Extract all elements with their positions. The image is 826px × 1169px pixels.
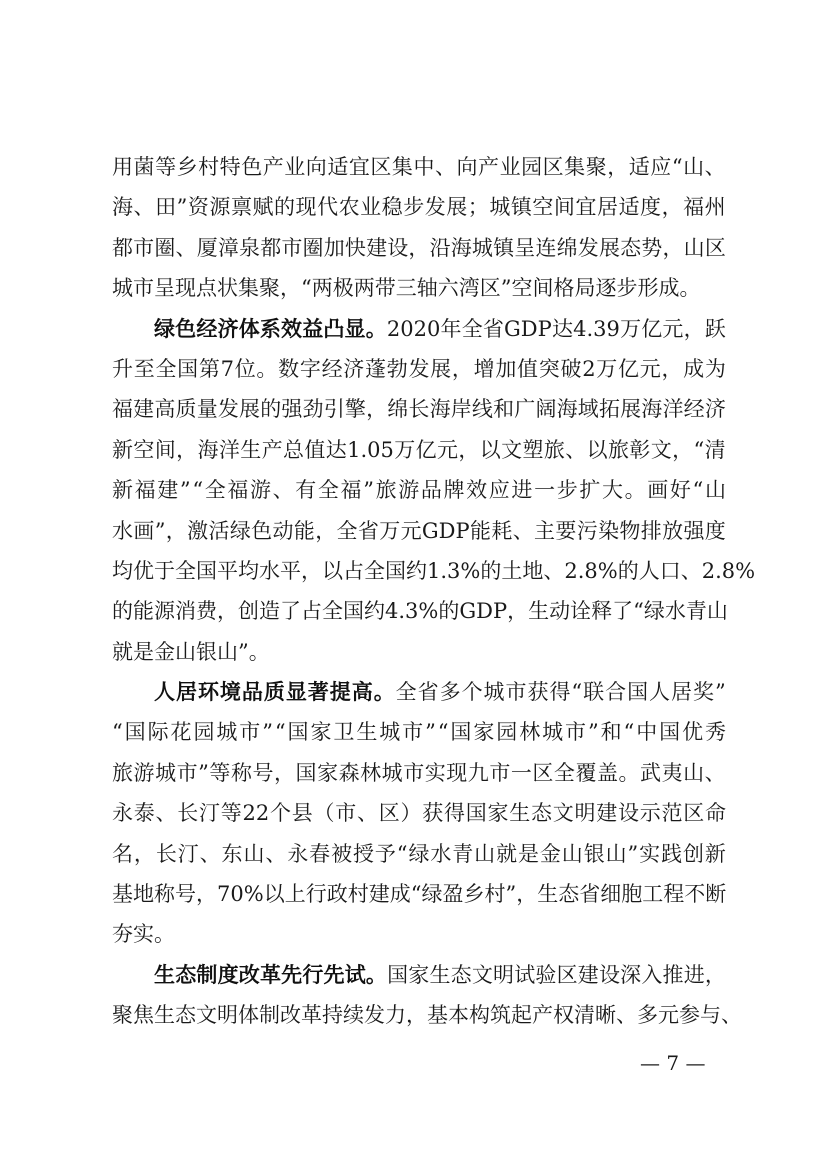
body-text: 用菌等乡村特色产业向适宜区集中、向产业园区集聚，适应“山、 海、田”资源禀赋的现… [112, 147, 726, 1036]
text-line: 新福建”“全福游、有全福”旅游品牌效应进一步扩大。画好“山 [112, 470, 726, 510]
text-line: 海、田”资源禀赋的现代农业稳步发展；城镇空间宜居适度，福州 [112, 187, 726, 227]
document-page: 用菌等乡村特色产业向适宜区集中、向产业园区集聚，适应“山、 海、田”资源禀赋的现… [0, 0, 826, 1169]
text-line: 的能源消费，创造了占全国约4.3%的GDP，生动诠释了“绿水青山 [112, 591, 726, 631]
page-number: — 7 — [640, 1050, 705, 1076]
text-line: 都市圈、厦漳泉都市圈加快建设，沿海城镇呈连绵发展态势，山区 [112, 228, 726, 268]
text-line: 均优于全国平均水平，以占全国约1.3%的土地、2.8%的人口、2.8% [112, 551, 726, 591]
text-line: 夯实。 [112, 914, 726, 954]
text-line: “国际花园城市”“国家卫生城市”“国家园林城市”和“中国优秀 [112, 712, 726, 752]
paragraph-first-line: 人居环境品质显著提高。全省多个城市获得“联合国人居奖” [112, 672, 726, 712]
text-line: 聚焦生态文明体制改革持续发力，基本构筑起产权清晰、多元参与、 [112, 995, 726, 1035]
text-line: 新空间，海洋生产总值达1.05万亿元，以文塑旅、以旅彰文，“清 [112, 430, 726, 470]
text-line: 就是金山银山”。 [112, 632, 726, 672]
text-line: 基地称号，70%以上行政村建成“绿盈乡村”，生态省细胞工程不断 [112, 874, 726, 914]
text-line: 用菌等乡村特色产业向适宜区集中、向产业园区集聚，适应“山、 [112, 147, 726, 187]
text-line: 城市呈现点状集聚，“两极两带三轴六湾区”空间格局逐步形成。 [112, 268, 726, 308]
text-line: 升至全国第7位。数字经济蓬勃发展，增加值突破2万亿元，成为 [112, 349, 726, 389]
paragraph-first-line: 绿色经济体系效益凸显。2020年全省GDP达4.39万亿元，跃 [112, 309, 726, 349]
text-line: 永泰、长汀等22个县（市、区）获得国家生态文明建设示范区命 [112, 793, 726, 833]
text-line: 旅游城市”等称号，国家森林城市实现九市一区全覆盖。武夷山、 [112, 753, 726, 793]
paragraph-first-line: 生态制度改革先行先试。国家生态文明试验区建设深入推进， [112, 955, 726, 995]
text-line: 福建高质量发展的强劲引擎，绵长海岸线和广阔海域拓展海洋经济 [112, 389, 726, 429]
text-line: 水画”，激活绿色动能，全省万元GDP能耗、主要污染物排放强度 [112, 511, 726, 551]
text-line: 名，长汀、东山、永春被授予“绿水青山就是金山银山”实践创新 [112, 834, 726, 874]
